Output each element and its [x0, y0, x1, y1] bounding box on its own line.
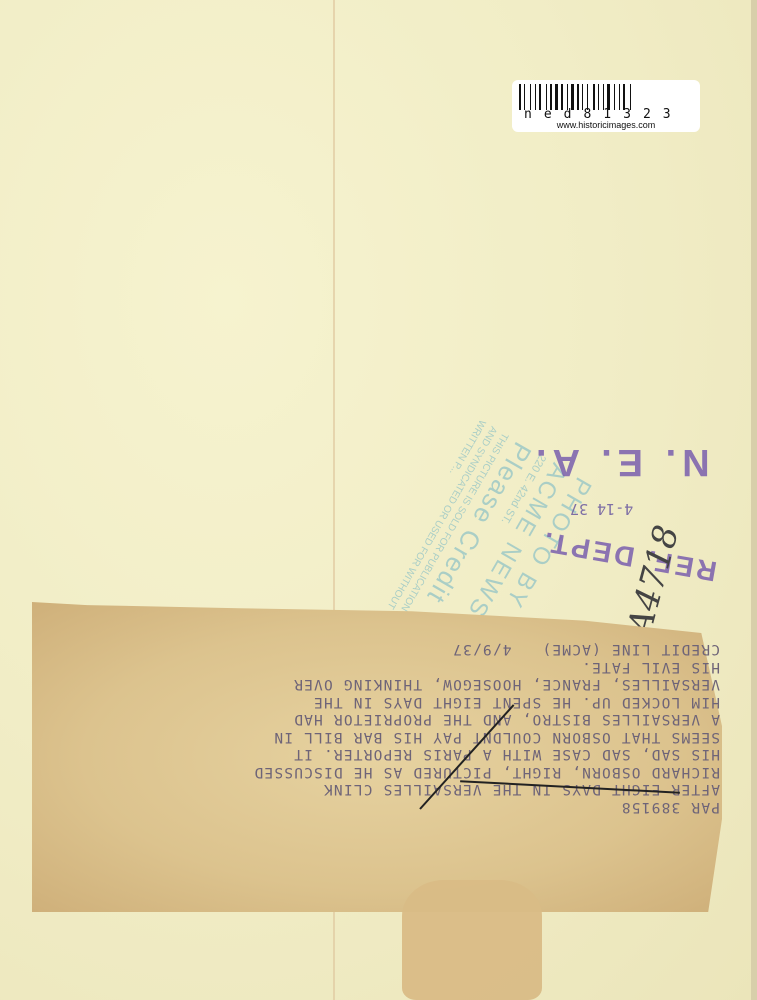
barcode-url: www.historicimages.com: [512, 120, 700, 130]
caption-line: CREDIT LINE (ACME) 4/9/37: [150, 640, 720, 658]
paper-edge: [751, 0, 757, 1000]
caption-line: RICHARD OSBORN, RIGHT, PICTURED AS HE DI…: [150, 763, 720, 781]
caption-line: HIM LOCKED UP. HE SPENT EIGHT DAYS IN TH…: [150, 693, 720, 711]
caption-line: PAR 389158: [150, 798, 720, 816]
tape-piece: [402, 880, 542, 1000]
caption-line: HIS SAD, SAD CASE WITH A PARIS REPORTER.…: [150, 745, 720, 763]
nea-stamp: N. E. A.: [530, 440, 710, 483]
caption-line: HIS EVIL FATE.: [150, 658, 720, 676]
caption-line: VERSAILLES, FRANCE, HOOSEGOW, THINKING O…: [150, 675, 720, 693]
received-date-stamp: 4-14 37: [570, 500, 633, 518]
caption-line: A VERSAILLES BISTRO, AND THE PROPRIETOR …: [150, 710, 720, 728]
caption-line: SEEMS THAT OSBORN COULDNT PAY HIS BAR BI…: [150, 728, 720, 746]
photo-back: ned81323 www.historicimages.com PHOTO BY…: [0, 0, 757, 1000]
ref-dept-stamp: REF. DEPT.: [539, 525, 720, 587]
barcode-label: ned81323 www.historicimages.com: [512, 80, 700, 132]
